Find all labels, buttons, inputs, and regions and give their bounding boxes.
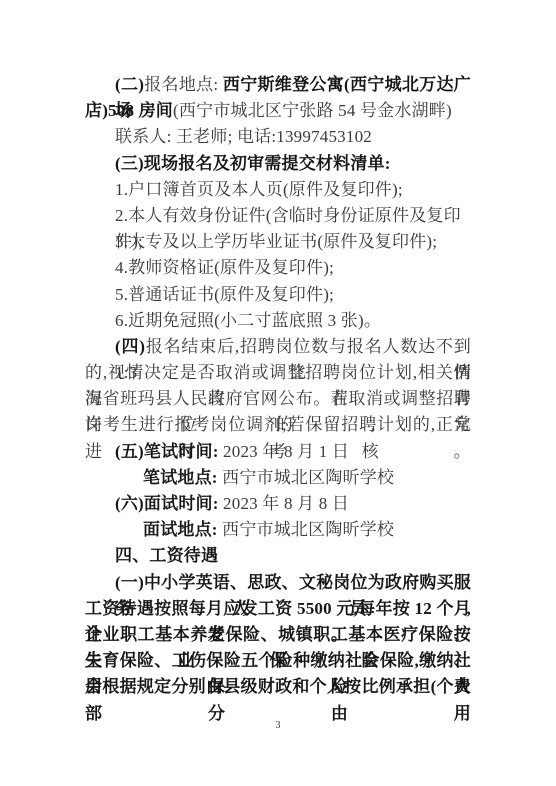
text-line: 生育保险、工伤保险五个险种缴纳社会保险,缴纳社会保险费: [85, 648, 471, 674]
text-segment: 1.户口簿首页及本人页(原件及复印件);: [115, 180, 403, 199]
text-line: 工资待遇按照每月应发工资 5500 元,每年按 12 个月计发。按: [85, 596, 471, 622]
bold-text-segment: 用根据规定分别由县级财政和个人按比例承担(个人部分由用: [85, 677, 471, 722]
text-line: 海省班玛县人民政府官网公布。若取消或调整招聘岗位的,允: [85, 386, 471, 412]
bold-text-segment: 店)508 房间: [85, 101, 173, 120]
text-segment: 西宁市城北区陶昕学校: [218, 520, 394, 539]
bold-text-segment: (三)现场报名及初审需提交材料清单:: [115, 154, 391, 173]
text-segment: 联系人: 王老师; 电话:13997453102: [115, 127, 372, 146]
bold-text-segment: (五)笔试时间:: [115, 442, 219, 461]
bold-text-segment: (二): [115, 75, 144, 94]
text-line: (二)报名地点: 西宁斯维登公寓(西宁城北万达广场: [85, 72, 471, 98]
text-line: 企业职工基本养老保险、城镇职工基本医疗保险、失业保险、: [85, 622, 471, 648]
text-line: 1.户口簿首页及本人页(原件及复印件);: [85, 177, 471, 203]
text-line: (六)面试时间: 2023 年 8 月 8 日: [85, 491, 471, 517]
text-segment: 西宁市城北区陶昕学校: [218, 468, 394, 487]
text-segment: 2023 年 8 月 8 日: [219, 494, 350, 513]
text-line: 的,视情决定是否取消或调整招聘岗位计划,相关情况将在青: [85, 360, 471, 386]
page-number: 3: [0, 720, 556, 731]
text-segment: 4.教师资格证(原件及复印件);: [115, 258, 334, 277]
bold-text-segment: (六)面试时间:: [115, 494, 219, 513]
bold-text-segment: 笔试地点:: [143, 468, 218, 487]
text-segment: (西宁市城北区宁张路 54 号金水湖畔): [173, 101, 452, 120]
bold-text-segment: 四、工资待遇: [115, 546, 218, 565]
text-segment: 2023 年 8 月 1 日: [219, 442, 350, 461]
text-line: 联系人: 王老师; 电话:13997453102: [85, 124, 471, 150]
bold-text-segment: (四): [115, 337, 145, 356]
text-segment: 3.大专及以上学历毕业证书(原件及复印件);: [115, 232, 437, 251]
text-line: (一)中小学英语、思政、文秘岗位为政府购买服务人员,: [85, 570, 471, 596]
text-line: 2.本人有效身份证件(含临时身份证原件及复印件);: [85, 203, 471, 229]
text-segment: 5.普通话证书(原件及复印件);: [115, 285, 334, 304]
text-segment: 6.近期免冠照(小二寸蓝底照 3 张)。: [115, 311, 381, 330]
text-line: 店)508 房间(西宁市城北区宁张路 54 号金水湖畔): [85, 98, 471, 124]
document-body: (二)报名地点: 西宁斯维登公寓(西宁城北万达广场店)508 房间(西宁市城北区…: [85, 72, 471, 701]
text-line: 四、工资待遇: [85, 543, 471, 569]
text-line: 面试地点: 西宁市城北区陶昕学校: [85, 517, 471, 543]
text-line: 3.大专及以上学历毕业证书(原件及复印件);: [85, 229, 471, 255]
text-line: 笔试地点: 西宁市城北区陶昕学校: [85, 465, 471, 491]
text-line: 许考生进行报考岗位调剂;若保留招聘计划的,正常进行考核。: [85, 412, 471, 438]
text-line: 6.近期免冠照(小二寸蓝底照 3 张)。: [85, 308, 471, 334]
text-line: 5.普通话证书(原件及复印件);: [85, 282, 471, 308]
text-line: 用根据规定分别由县级财政和个人按比例承担(个人部分由用: [85, 674, 471, 700]
bold-text-segment: 面试地点:: [143, 520, 218, 539]
document-page: (二)报名地点: 西宁斯维登公寓(西宁城北万达广场店)508 房间(西宁市城北区…: [0, 0, 556, 786]
text-segment: 报名地点:: [144, 75, 218, 94]
text-line: 4.教师资格证(原件及复印件);: [85, 255, 471, 281]
text-line: (四)报名结束后,招聘岗位数与报名人数达不到 1:3 比例: [85, 334, 471, 360]
text-line: (三)现场报名及初审需提交材料清单:: [85, 151, 471, 177]
